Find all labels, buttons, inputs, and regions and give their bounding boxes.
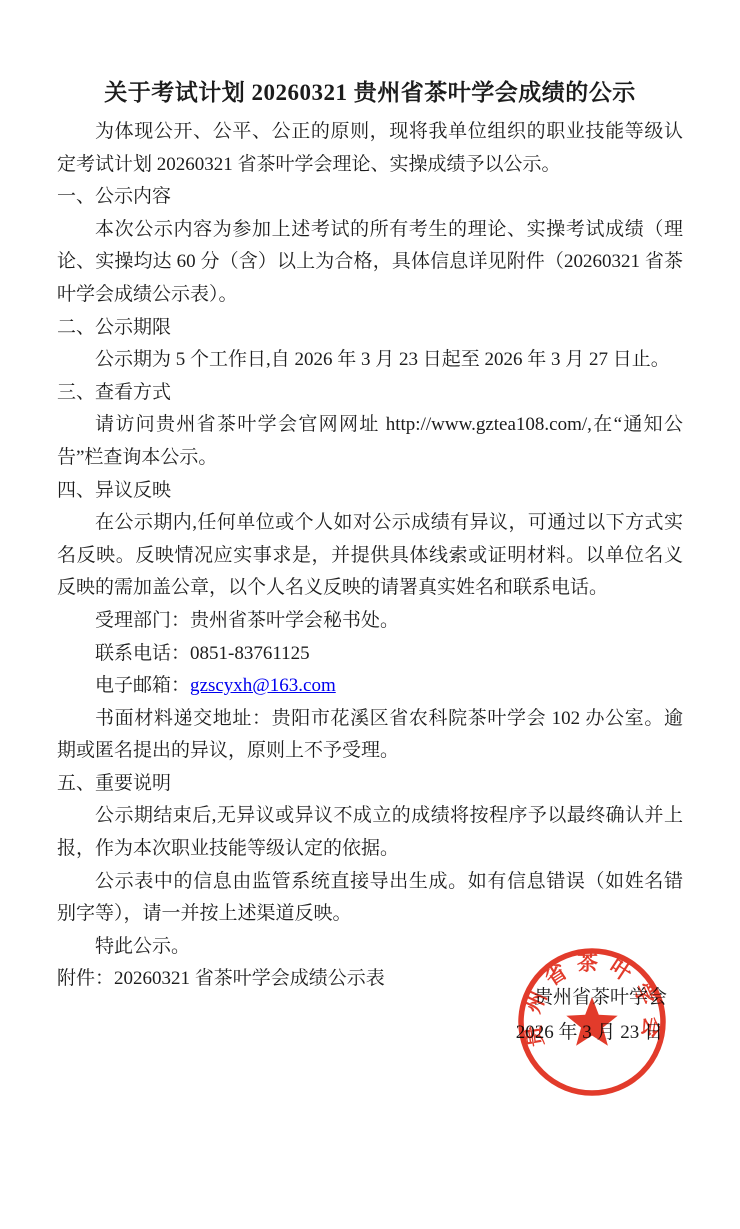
section-heading-3: 三、查看方式 [57, 377, 683, 410]
section-heading-1: 一、公示内容 [57, 181, 683, 214]
email-link[interactable]: gzscyxh@163.com [190, 675, 336, 696]
paragraph-data-source: 公示表中的信息由监管系统直接导出生成。如有信息错误（如姓名错别字等），请一并按上… [57, 866, 683, 931]
section-heading-2: 二、公示期限 [57, 312, 683, 345]
paragraph-period: 公示期为 5 个工作日,自 2026 年 3 月 23 日起至 2026 年 3… [57, 344, 683, 377]
email-label: 电子邮箱： [95, 675, 190, 696]
page-title: 关于考试计划 20260321 贵州省茶叶学会成绩的公示 [57, 76, 683, 110]
paragraph-view-method: 请访问贵州省茶叶学会官网网址 http://www.gztea108.com/,… [57, 409, 683, 474]
section-heading-4: 四、异议反映 [57, 475, 683, 508]
document-body: 为体现公开、公平、公正的原则，现将我单位组织的职业技能等级认定考试计划 2026… [57, 116, 683, 996]
paragraph-objection: 在公示期内,任何单位或个人如对公示成绩有异议，可通过以下方式实名反映。反映情况应… [57, 507, 683, 605]
paragraph-content: 本次公示内容为参加上述考试的所有考生的理论、实操考试成绩（理论、实操均达 60 … [57, 214, 683, 312]
paragraph-closing: 特此公示。 [57, 931, 683, 964]
paragraph-department: 受理部门：贵州省茶叶学会秘书处。 [57, 605, 683, 638]
paragraph-address: 书面材料递交地址：贵阳市花溪区省农科院茶叶学会 102 办公室。逾期或匿名提出的… [57, 703, 683, 768]
paragraph-intro: 为体现公开、公平、公正的原则，现将我单位组织的职业技能等级认定考试计划 2026… [57, 116, 683, 181]
announcement-page: 关于考试计划 20260321 贵州省茶叶学会成绩的公示 为体现公开、公平、公正… [0, 0, 740, 1229]
paragraph-email: 电子邮箱：gzscyxh@163.com [57, 670, 683, 703]
signature-org: 贵州省茶叶学会 [534, 987, 667, 1009]
paragraph-confirmation: 公示期结束后,无异议或异议不成立的成绩将按程序予以最终确认并上报，作为本次职业技… [57, 800, 683, 865]
paragraph-phone: 联系电话：0851-83761125 [57, 638, 683, 671]
signature-date: 2026 年 3 月 23 日 [516, 1022, 663, 1044]
section-heading-5: 五、重要说明 [57, 768, 683, 801]
